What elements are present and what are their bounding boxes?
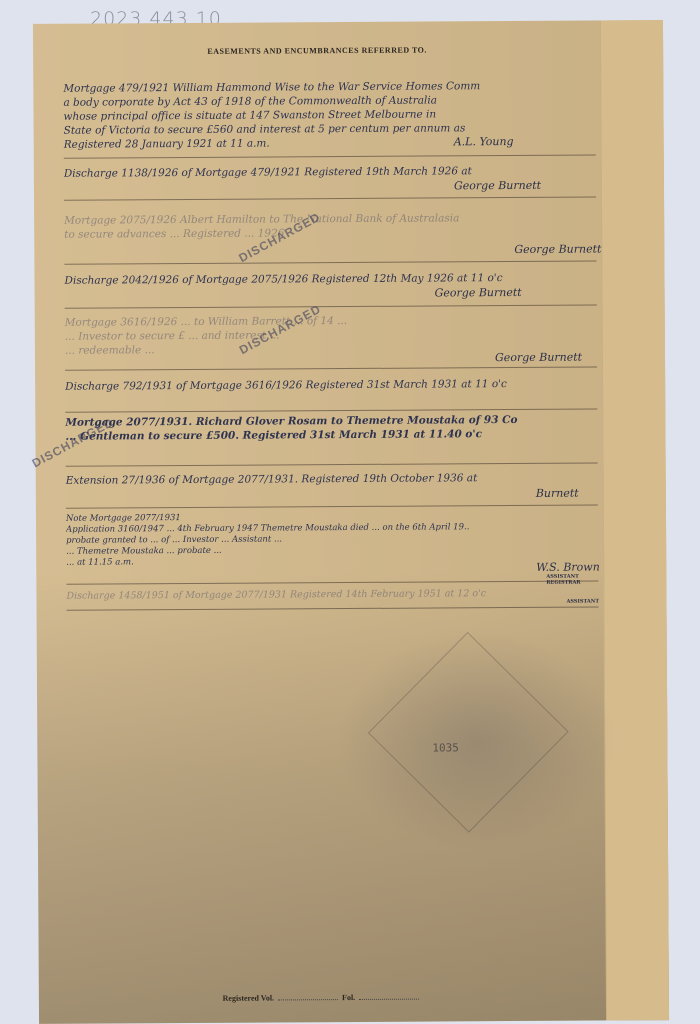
divider [65,304,597,308]
divider [66,504,598,508]
stamp-number: 1035 [432,741,459,754]
entry-discharge-1458-1951: Discharge 1458/1951 of Mortgage 2077/193… [66,586,601,603]
divider [64,196,596,200]
entry-line: Extension 27/1936 of Mortgage 2077/1931.… [66,470,601,487]
divider [64,260,596,264]
document-title: EASEMENTS AND ENCUMBRANCES REFERRED TO. [33,44,601,56]
divider [66,462,598,466]
entry-mortgage-2077-1931: Mortgage 2077/1931. Richard Glover Rosam… [65,412,600,443]
folio-label: Fol. [342,993,355,1002]
entry-line: Registered 28 January 1921 at 11 a.m. [64,134,599,151]
registration-footer: Registered Vol.Fol. [39,991,607,1003]
title-document-sheet: EASEMENTS AND ENCUMBRANCES REFERRED TO. … [33,20,669,1024]
signature: George Burnett [514,242,601,256]
entry-line: to secure advances ... Registered ... 19… [64,224,599,241]
entry-discharge-792-1931: Discharge 792/1931 of Mortgage 3616/1926… [65,376,600,393]
entry-line: ... Gentleman to secure £500. Registered… [65,426,600,443]
entry-line: Discharge 1458/1951 of Mortgage 2077/193… [66,586,601,603]
signature: George Burnett [495,351,582,365]
divider [64,154,596,158]
entry-mortgage-479-1921: Mortgage 479/1921 William Hammond Wise t… [63,78,598,151]
right-margin-strip [600,20,669,1020]
registered-vol-label: Registered Vol. [223,993,274,1002]
signature: W.S. Brown [536,560,600,573]
divider [66,580,598,584]
entry-mortgage-2075-1926: Mortgage 2075/1926 Albert Hamilton to Th… [64,210,599,241]
signature: George Burnett [454,179,541,193]
folio-blank [359,999,419,1000]
signature: A.L. Young [454,135,514,148]
document-page: EASEMENTS AND ENCUMBRANCES REFERRED TO. … [33,20,607,1023]
entry-extension-27-1936: Extension 27/1936 of Mortgage 2077/1931.… [66,470,601,487]
entry-line: Discharge 792/1931 of Mortgage 3616/1926… [65,376,600,393]
divider [67,606,599,610]
divider [65,366,597,370]
signature-title: ASSISTANT [566,598,599,604]
signature: Burnett [536,487,579,500]
vol-blank [278,999,338,1000]
signature: George Burnett [435,286,522,300]
entry-note-application-3160-1947: Note Mortgage 2077/1931 Application 3160… [66,510,601,568]
